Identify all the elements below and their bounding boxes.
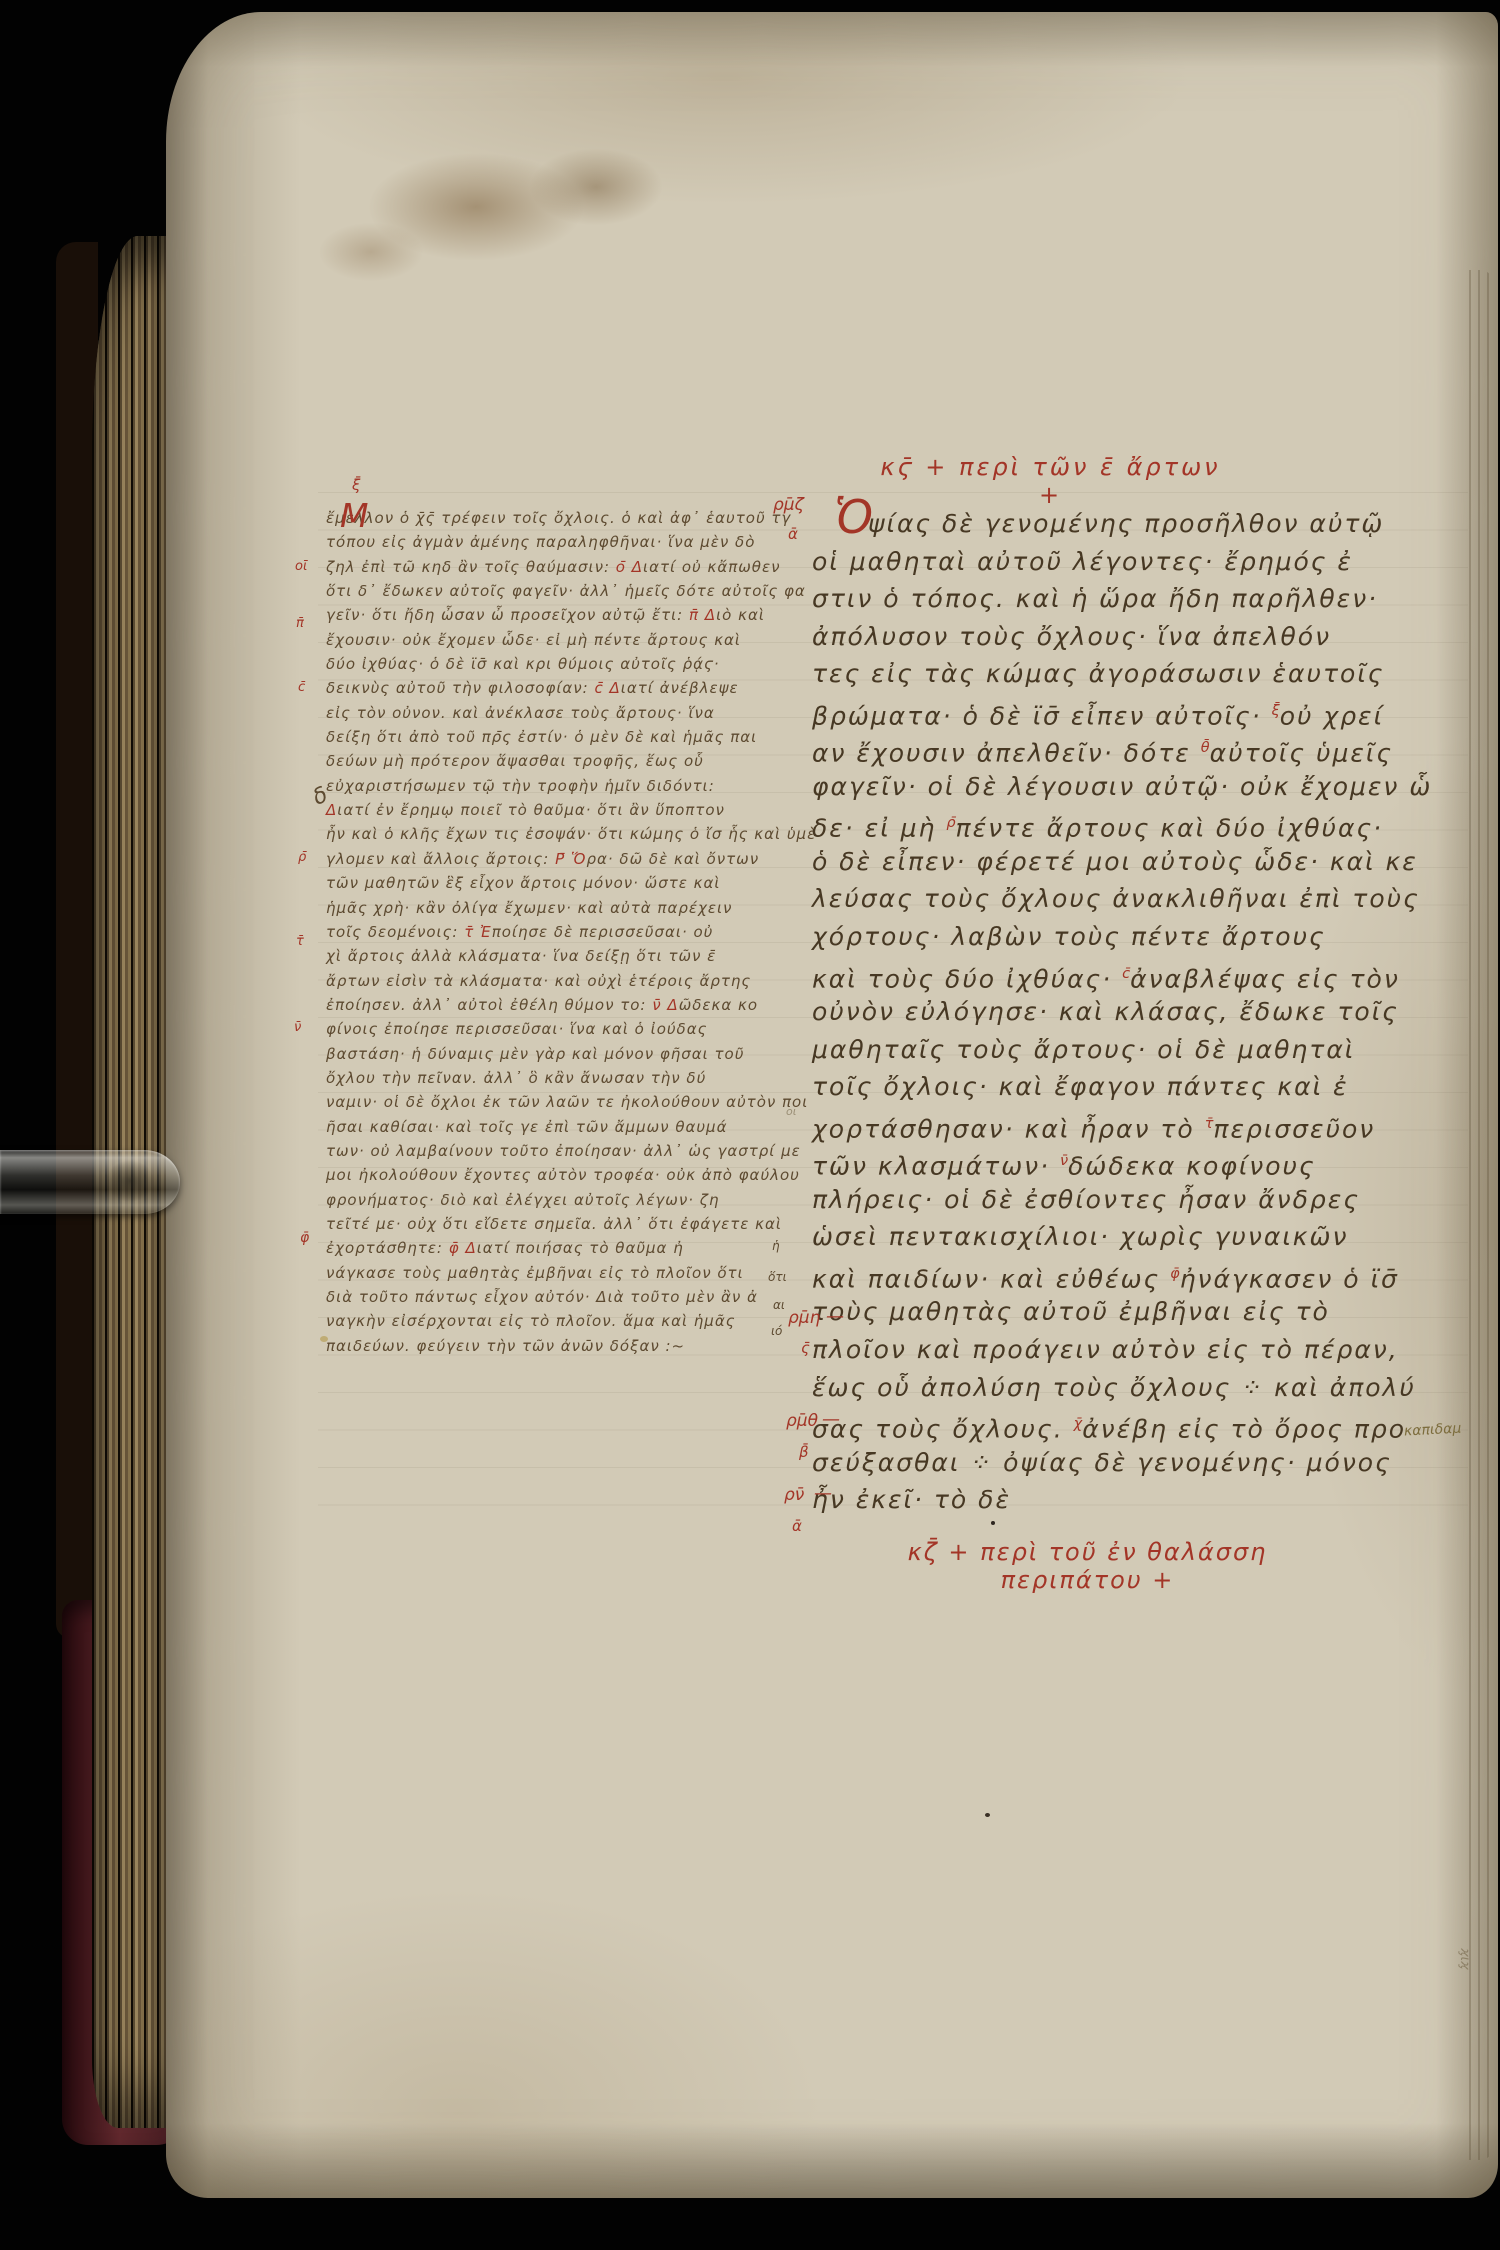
- text-line: σας τοὺς ὄχλους. χ̄ἀνέβη εἰς τὸ ὄρος προ: [812, 1406, 1432, 1444]
- text-line: ψίας δὲ γενομένης προσῆλθον αὐτῷ: [812, 505, 1432, 543]
- text-line: λεύσας τοὺς ὄχλους ἀνακλιθῆναι ἐπὶ τοὺς: [812, 880, 1432, 918]
- canon-number: ᾱ: [792, 1519, 802, 1534]
- text-line: ἡμᾶς χρὴ· κἂν ὀλίγα ἔχωμεν· καὶ αὐτὰ παρ…: [326, 896, 816, 920]
- section-dash: —: [826, 1308, 844, 1326]
- text-line: νάγκασε τοὺς μαθητὰς ἐμβῆναι εἰς τὸ πλοῖ…: [326, 1261, 816, 1285]
- text-line: ζηλ ἐπὶ τῶ κηδ ἂν τοῖς θαύμασιν: ο̄ Διατ…: [326, 555, 816, 579]
- text-line: σεύξασθαι ⁘ ὀψίας δὲ γενομένης· μόνος: [812, 1444, 1432, 1482]
- kephalaion-mark-top: ξ̄: [352, 478, 360, 493]
- rubric-segment: ο̄: [616, 558, 632, 576]
- text-segment: ιατί ἀνέβλεψε: [621, 679, 739, 697]
- ammonian-number: ρν̄: [784, 1487, 804, 1504]
- text-line: χὶ ἄρτοις ἀλλὰ κλάσματα· ἵνα δείξῃ ὅτι τ…: [326, 944, 816, 968]
- text-line: δείξη ὅτι ἀπὸ τοῦ πρ̄ς ἐστίν· ὁ μὲν δὲ κ…: [326, 725, 816, 749]
- text-line: ἕως οὗ ἀπολύση τοὺς ὄχλους ⁘ καὶ ἀπολύ: [812, 1369, 1432, 1407]
- text-segment: ἐποίησεν. ἀλλ᾽ αὐτοὶ ἐθέλη θύμον το:: [326, 996, 652, 1014]
- text-line: ὁ δὲ εἶπεν· φέρετέ μοι αὐτοὺς ὧδε· καὶ κ…: [812, 843, 1432, 881]
- text-segment: βρώματα· ὁ δὲ ϊσ̄ εἶπεν αὐτοῖς·: [812, 701, 1272, 730]
- text-line: βρώματα· ὁ δὲ ϊσ̄ εἶπεν αὐτοῖς· ξ̄οὐ χρε…: [812, 693, 1432, 731]
- canon-number: β̄: [799, 1445, 809, 1460]
- text-line: δεικνὺς αὐτοῦ τὴν φιλοσοφίαν: c̄ Διατί ἀ…: [326, 676, 816, 700]
- text-segment: χορτάσθησαν· καὶ ἦραν τὸ: [812, 1114, 1205, 1143]
- text-segment: ρα· δῶ δὲ καὶ ὄντων: [586, 850, 759, 868]
- question-number: ρ̄: [298, 851, 306, 864]
- text-line: ἔχουσιν· οὐκ ἔχομεν ὧδε· εἰ μὴ πέντε ἄρτ…: [326, 628, 816, 652]
- text-line: μοι ἠκολούθουν ἔχοντες αὐτὸν τροφέα· οὐκ…: [326, 1163, 816, 1187]
- text-segment: γλομεν καὶ ἄλλοις ἄρτοις:: [326, 850, 555, 868]
- question-number: π̄: [296, 617, 304, 630]
- ink-speck: [991, 1521, 995, 1525]
- text-line: πλοῖον καὶ προάγειν αὐτὸν εἰς τὸ πέραν,: [812, 1331, 1432, 1369]
- text-line: των· οὐ λαμβαίνουν τοῦτο ἐποίησαν· ἀλλ᾽ …: [326, 1139, 816, 1163]
- text-line: τοῖς δεομένοις: τ̄ Ἐποίησε δὲ περισσεῦσα…: [326, 920, 816, 944]
- rubric-segment: π̄: [689, 606, 705, 624]
- text-line: χορτάσθησαν· καὶ ἦραν τὸ τ̄περισσεῦον: [812, 1106, 1432, 1144]
- text-segment: οὐ χρεί: [1280, 701, 1384, 730]
- text-line: ἐχορτάσθητε: φ̄ Διατί ποιήσας τὸ θαῦμα ἠ: [326, 1236, 816, 1260]
- rubric-segment: Δ: [610, 679, 621, 697]
- rubric-segment: ξ̄: [1272, 703, 1280, 719]
- text-segment: καὶ τοὺς δύο ἰχθύας·: [812, 964, 1122, 993]
- text-line: πλήρεις· οἱ δὲ ἐσθίοντες ἦσαν ἄνδρες: [812, 1181, 1432, 1219]
- question-number: οῑ: [295, 560, 307, 573]
- text-line: τῶν μαθητῶν ἓξ εἶχον ἄρτοις μόνον· ὥστε …: [326, 871, 816, 895]
- kephalaion-title-bottom: κζ̄ + περὶ τοῦ ἐν θαλάσση περιπάτου +: [850, 1538, 1325, 1594]
- question-number: ν̄: [294, 1021, 301, 1034]
- rubric-segment: θ̄: [1201, 740, 1210, 756]
- text-line: τες εἰς τὰς κώμας ἀγοράσωσιν ἑαυτοῖς: [812, 655, 1432, 693]
- text-line: Διατί ἐν ἔρημῳ ποιεῖ τὸ θαῦμα· ὅτι ἂν ὕπ…: [326, 798, 816, 822]
- rubric-segment: Ἐ: [480, 923, 492, 941]
- text-line: ἀπόλυσον τοὺς ὄχλους· ἵνα ἀπελθόν: [812, 618, 1432, 656]
- text-segment: πέντε ἄρτους καὶ δύο ἰχθύας·: [956, 814, 1384, 843]
- clip-tip: [106, 1160, 154, 1202]
- question-number: φ̄: [300, 1231, 309, 1245]
- rubric-segment: Ρ̄: [555, 850, 571, 868]
- text-segment: ἀνέβη εἰς τὸ ὄρος προ: [1082, 1414, 1406, 1443]
- ink-speck: [985, 1813, 990, 1817]
- rubric-segment: ν̄: [652, 996, 667, 1014]
- text-segment: περισσεῦον: [1213, 1114, 1375, 1143]
- text-segment: ζηλ ἐπὶ τῶ κηδ ἂν τοῖς θαύμασιν:: [326, 558, 616, 576]
- text-line: διὰ τοῦτο πάντως εἶχον αὐτόν· Διὰ τοῦτο …: [326, 1285, 816, 1309]
- text-segment: γεῖν· ὅτι ἤδη ὦσαν ὦ προσεῖχον αὐτῷ ἔτι:: [326, 606, 689, 624]
- ammonian-number: ρμ̄ζ: [773, 497, 804, 514]
- rubric-segment: Δ: [465, 1239, 476, 1257]
- text-line: εἰς τὸν οὐνον. καὶ ἀνέκλασε τοὺς ἄρτους·…: [326, 701, 816, 725]
- text-segment: ιατί οὐ κἄπωθεν: [643, 558, 780, 576]
- commentary-column: ἔμελλον ὁ χ̄ς̄ τρέφειν τοῖς ὄχλοις. ὁ κα…: [326, 506, 816, 1358]
- rubric-segment: c̄: [1122, 966, 1130, 982]
- text-line: δεύων μὴ πρότερον ἅψασθαι τροφῆς, ἕως οὗ: [326, 749, 816, 773]
- text-line: φαγεῖν· οἱ δὲ λέγουσιν αὐτῷ· οὐκ ἔχομεν …: [812, 768, 1432, 806]
- text-line: ἦν καὶ ὁ κλῆς ἔχων τις ἐσοψάν· ὅτι κώμης…: [326, 822, 816, 846]
- text-line: βαστάση· ἡ δύναμις μὲν γὰρ καὶ μόνον φῆσ…: [326, 1042, 816, 1066]
- text-line: καὶ παιδίων· καὶ εὐθέως φ̄ἠνάγκασεν ὁ ϊσ…: [812, 1256, 1432, 1294]
- text-segment: δώδεκα κοφίνους: [1068, 1152, 1316, 1181]
- gospel-text-column: ψίας δὲ γενομένης προσῆλθον αὐτῷοἱ μαθητ…: [812, 505, 1432, 1519]
- text-segment: δε· εἰ μὴ: [812, 814, 946, 843]
- rubric-segment: Δ: [632, 558, 643, 576]
- text-line: ὄχλου τὴν πεῖναν. ἀλλ᾽ ὃ κἂν ἄνωσαν τὴν …: [326, 1066, 816, 1090]
- ammonian-number: ρμ̄η: [788, 1310, 820, 1327]
- rubric-segment: τ̄: [464, 923, 480, 941]
- text-segment: ιὸ καὶ: [716, 606, 765, 624]
- kephalaion-title-top: κϛ̄ + περὶ τῶν ε̄ ἄρτων +: [878, 453, 1223, 509]
- gutter-mark: ἡ: [772, 1240, 780, 1252]
- manuscript-photo: κϛ̄ + περὶ τῶν ε̄ ἄρτων + κζ̄ + περὶ τοῦ…: [0, 0, 1500, 2250]
- rubric-segment: c̄: [595, 679, 610, 697]
- gutter-mark: ιό: [771, 1325, 782, 1337]
- question-number: τ̄: [296, 935, 304, 948]
- text-segment: αν ἔχουσιν ἀπελθεῖν· δότε: [812, 739, 1201, 768]
- text-line: παιδεύων. φεύγειν τὴν τῶν ἀνω̄ν δόξαν :~: [326, 1334, 816, 1358]
- text-line: στιν ὁ τόπος. καὶ ἡ ὥρα ἤδη παρῆλθεν·: [812, 580, 1432, 618]
- text-line: εὐχαριστήσωμεν τῷ τὴν τροφὴν ἡμῖν διδόντ…: [326, 774, 816, 798]
- rubric-segment: χ̄: [1074, 1416, 1083, 1432]
- text-segment: σας τοὺς ὄχλους.: [812, 1414, 1074, 1443]
- text-segment: ἐχορτάσθητε:: [326, 1239, 449, 1257]
- text-line: οὐνὸν εὐλόγησε· καὶ κλάσας, ἔδωκε τοῖς: [812, 993, 1432, 1031]
- text-segment: ἠνάγκασεν ὁ ϊσ̄: [1180, 1264, 1399, 1293]
- text-line: γεῖν· ὅτι ἤδη ὦσαν ὦ προσεῖχον αὐτῷ ἔτι:…: [326, 603, 816, 627]
- section-dash: —: [814, 1485, 832, 1503]
- text-line: ῆσαι καθίσαι· καὶ τοῖς γε ἐπὶ τῶν ἄμμων …: [326, 1115, 816, 1139]
- page-holder-clip: [0, 1150, 180, 1214]
- text-line: φρονήματος· διὸ καὶ ἐλέγχει αὐτοῖς λέγων…: [326, 1188, 816, 1212]
- text-segment: ποίησε δὲ περισσεῦσαι· οὐ: [492, 923, 714, 941]
- text-segment: αὐτοῖς ὑμεῖς: [1210, 739, 1393, 768]
- text-line: ὡσεὶ πεντακισχίλιοι· χωρὶς γυναικῶν: [812, 1218, 1432, 1256]
- text-line: αν ἔχουσιν ἀπελθεῖν· δότε θ̄αὐτοῖς ὑμεῖς: [812, 730, 1432, 768]
- text-line: τῶν κλασμάτων· ν̄δώδεκα κοφίνους: [812, 1143, 1432, 1181]
- quire-mark: ϗιϗ: [1458, 1948, 1471, 1970]
- ammonian-number: ρμ̄θ: [786, 1413, 818, 1430]
- gutter-mark: οι: [786, 1106, 796, 1117]
- text-line: τεῖτέ με· οὐχ ὅτι εἴδετε σημεῖα. ἀλλ᾽ ὅτ…: [326, 1212, 816, 1236]
- rubric-segment: ρ̄: [946, 815, 955, 831]
- rubric-segment: φ̄: [449, 1239, 466, 1257]
- text-segment: ιατί ποιήσας τὸ θαῦμα ἠ: [477, 1239, 684, 1257]
- text-line: καὶ τοὺς δύο ἰχθύας· c̄ἀναβλέψας εἰς τὸν: [812, 956, 1432, 994]
- text-line: ἐποίησεν. ἀλλ᾽ αὐτοὶ ἐθέλη θύμον το: ν̄ …: [326, 993, 816, 1017]
- question-number: c̄: [298, 681, 305, 694]
- text-segment: τοῖς δεομένοις:: [326, 923, 464, 941]
- text-line: ναγκὴν εἰσέρχονται εἰς τὸ πλοῖον. ἅμα κα…: [326, 1309, 816, 1333]
- text-segment: τῶν κλασμάτων·: [812, 1152, 1060, 1181]
- text-line: ὅτι δ᾽ ἔδωκεν αὐτοῖς φαγεῖν· ἀλλ᾽ ἡμεῖς …: [326, 579, 816, 603]
- rubric-segment: Δ: [667, 996, 678, 1014]
- rubric-segment: φ̄: [1170, 1266, 1180, 1282]
- canon-number: ς̄: [801, 1341, 810, 1356]
- section-dash: —: [822, 1411, 840, 1429]
- text-line: ναμιν· οἱ δὲ ὄχλοι ἐκ τῶν λαῶν τε ἠκολού…: [326, 1090, 816, 1114]
- text-segment: καὶ παιδίων· καὶ εὐθέως: [812, 1264, 1170, 1293]
- text-line: ἔμελλον ὁ χ̄ς̄ τρέφειν τοῖς ὄχλοις. ὁ κα…: [326, 506, 816, 530]
- rubric-segment: Ὅ: [571, 850, 587, 868]
- text-line: γλομεν καὶ ἄλλοις ἄρτοις: Ρ̄ Ὅρα· δῶ δὲ …: [326, 847, 816, 871]
- kephalaion-initial-mu: Μ: [340, 499, 368, 532]
- canon-number: ᾱ: [788, 527, 798, 542]
- gutter-mark: ὅτι: [768, 1271, 787, 1283]
- rubric-segment: Δ: [705, 606, 716, 624]
- text-segment: ιατί ἐν ἔρημῳ ποιεῖ τὸ θαῦμα· ὅτι ἂν ὕπο…: [337, 801, 725, 819]
- text-line: τόπου εἰς ἀγμὰν ἀμένης παραληφθῆναι· ἵνα…: [326, 530, 816, 554]
- text-line: φίνοις ἐποίησε περισσεῦσαι· ἵνα καὶ ὁ ἰο…: [326, 1017, 816, 1041]
- text-line: οἱ μαθηταὶ αὐτοῦ λέγοντες· ἔρημός ἐ: [812, 543, 1432, 581]
- text-line: ἦν ἐκεῖ· τὸ δὲ: [812, 1481, 1432, 1519]
- rubric-segment: ν̄: [1060, 1153, 1068, 1169]
- text-line: τοῖς ὄχλοις· καὶ ἔφαγον πάντες καὶ ἐ: [812, 1068, 1432, 1106]
- text-line: ἄρτων εἰσὶν τὰ κλάσματα· καὶ οὐχὶ ἑτέροι…: [326, 969, 816, 993]
- margin-note: καπιδαμ: [1404, 1422, 1462, 1439]
- text-segment: δεικνὺς αὐτοῦ τὴν φιλοσοφίαν:: [326, 679, 595, 697]
- text-line: χόρτους· λαβὼν τοὺς πέντε ἄρτους: [812, 918, 1432, 956]
- drop-cap-omicron: Ὁ: [834, 494, 873, 540]
- text-line: δύο ἰχθύας· ὁ δὲ ϊσ̄ καὶ κρι θύμοις αὐτο…: [326, 652, 816, 676]
- text-line: μαθηταῖς τοὺς ἄρτους· οἱ δὲ μαθηταὶ: [812, 1031, 1432, 1069]
- text-segment: ἀναβλέψας εἰς τὸν: [1130, 964, 1400, 993]
- text-line: δε· εἰ μὴ ρ̄πέντε ἄρτους καὶ δύο ἰχθύας·: [812, 805, 1432, 843]
- gutter-mark: αι: [773, 1299, 785, 1311]
- text-segment: ῶδεκα κο: [679, 996, 758, 1014]
- text-line: τοὺς μαθητὰς αὐτοῦ ἐμβῆναι εἰς τὸ: [812, 1293, 1432, 1331]
